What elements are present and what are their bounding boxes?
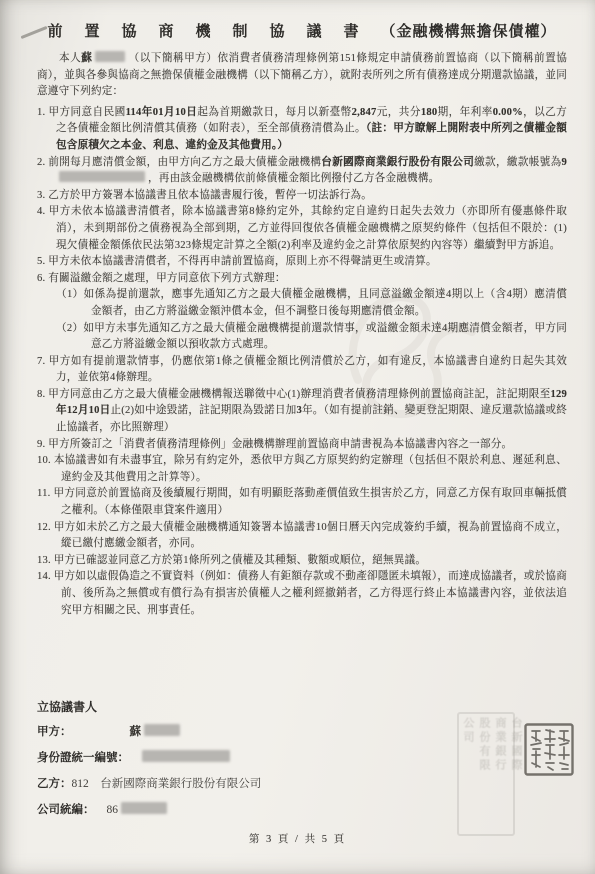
text-segment: 9 bbox=[562, 157, 568, 168]
signature-label: 身份證統一編號： bbox=[37, 752, 129, 764]
text-segment: ，再由該金融機構依前條債權金額比例撥付乙方各金融機構。 bbox=[148, 173, 439, 184]
subclause-item: （1）如係為提前還款，應事先通知乙方之最大債權金融機構，且同意溢繳金額達4期以上… bbox=[56, 287, 567, 320]
text-segment: 甲方同意由乙方之最大債權金融機構報送聯徵中心(1)辦理消費者債務清理條例前置協商… bbox=[48, 389, 550, 400]
clause-item: 11. 甲方同意於前置協商及後續履行期間，如有明顯貶落動產價值致生損害於乙方，同… bbox=[37, 486, 567, 519]
text-segment: 甲方如未於乙方之最大債權金融機構通知簽署本協議書10個日曆天內完成簽約手續，視為… bbox=[54, 522, 567, 550]
text-segment: 0.00% bbox=[493, 107, 523, 118]
text-segment: 甲方同意於前置協商及後續履行期間，如有明顯貶落動產價值致生損害於乙方，同意乙方保… bbox=[53, 488, 567, 516]
redacted-text bbox=[95, 51, 125, 62]
company-seal-column: 股份有限 bbox=[476, 717, 492, 831]
signature-block: 立協議書人 甲方：蘇身份證統一編號：乙方：812 台新國際商業銀行股份有限公司公… bbox=[37, 698, 261, 827]
clause-number: 7. bbox=[37, 356, 49, 367]
signature-value: 蘇 bbox=[130, 726, 184, 738]
clause-number: 8. bbox=[37, 389, 48, 400]
clause-item: 2. 前開每月應清償金額，由甲方向乙方之最大債權金融機構台新國際商業銀行股份有限… bbox=[37, 155, 567, 188]
clauses: 1. 甲方同意自民國114年01月10日起為首期繳款日，每月以新臺幣2,847元… bbox=[37, 105, 567, 619]
redacted-text bbox=[59, 171, 145, 182]
clause-item: 14. 甲方如以虛假偽造之不實資料（例如：債務人有鉅額存款或不動產卻隱匿未填報）… bbox=[37, 569, 567, 619]
text-segment: 甲方未依本協議書清償者，除本協議書第8條約定外，其餘約定自違約日起失去效力（亦即… bbox=[49, 206, 567, 250]
text-segment: 台新國際商業銀行股份有限公司 bbox=[321, 157, 474, 168]
text-segment: 有關溢繳金額之處理，甲方同意依下列方式辦理： bbox=[48, 273, 285, 284]
company-seal-column: 台新國際 bbox=[508, 717, 524, 831]
text-segment: 如甲方未事先通知乙方之最大債權金融機構提前還款情事，或溢繳金額未達4期應清償金額… bbox=[83, 323, 567, 351]
text-segment: 期，年利率 bbox=[437, 107, 492, 118]
clause-item: 6. 有關溢繳金額之處理，甲方同意依下列方式辦理： bbox=[37, 271, 567, 288]
clause-number: 12. bbox=[37, 522, 54, 533]
text-segment: 止(2)如中途毀諾，註記期限為毀諾日加 bbox=[110, 405, 296, 416]
text-segment: 蘇 bbox=[130, 726, 142, 738]
text-segment: 114年01月10日 bbox=[126, 107, 198, 118]
clause-number: 13. bbox=[37, 555, 54, 566]
clause-number: 5. bbox=[37, 256, 48, 267]
subclause-number: （1） bbox=[56, 289, 84, 300]
text-segment: 甲方如以虛假偽造之不實資料（例如：債務人有鉅額存款或不動產卻隱匿未填報），而達成… bbox=[54, 571, 567, 615]
clause-number: 4. bbox=[37, 206, 49, 217]
title-main: 前置協商機制協議書 bbox=[47, 24, 380, 40]
redacted-text bbox=[121, 802, 167, 814]
signature-value: 812 台新國際商業銀行股份有限公司 bbox=[72, 778, 262, 790]
signature-value: 86 bbox=[107, 804, 171, 816]
clause-item: 7. 甲方如有提前還款情事，仍應依第1條之債權金額比例清償於乙方，如有違反，本協… bbox=[37, 354, 567, 387]
company-seal-column: 商業銀行 bbox=[492, 717, 508, 831]
text-segment: 2,847 bbox=[352, 107, 377, 118]
signature-row: 甲方：蘇 bbox=[37, 723, 261, 739]
clause-number: 9. bbox=[37, 439, 48, 450]
clause-number: 2. bbox=[37, 157, 48, 168]
clause-item: 8. 甲方同意由乙方之最大債權金融機構報送聯徵中心(1)辦理消費者債務清理條例前… bbox=[37, 387, 567, 437]
signature-row: 公司統編：86 bbox=[37, 801, 261, 817]
company-seal-stamp: 台新國際商業銀行股份有限公司 bbox=[457, 712, 515, 836]
clause-item: 10. 本協議書如有未盡事宜，除另有約定外，悉依甲方與乙方原契約約定辦理（包括但… bbox=[37, 453, 567, 486]
signature-rows: 甲方：蘇身份證統一編號：乙方：812 台新國際商業銀行股份有限公司公司統編：86 bbox=[37, 723, 261, 817]
text-segment: 本協議書如有未盡事宜，除另有約定外，悉依甲方與乙方原契約約定辦理（包括但不限於利… bbox=[54, 455, 567, 483]
text-segment: 甲方未依本協議書清償者，不得再申請前置協商，原則上亦不得聲請更生或清算。 bbox=[48, 256, 437, 267]
signature-value bbox=[139, 752, 233, 764]
intro-paragraph: 本人蘇（以下簡稱甲方）依消費者債務清理條例第151條規定申請債務前置協商（以下簡… bbox=[37, 51, 567, 101]
text-segment: 乙方於甲方簽署本協議書且依本協議書履行後，暫停一切法訴行為。 bbox=[48, 190, 372, 201]
text-segment: 蘇 bbox=[81, 53, 92, 64]
document-body: 前置協商機制協議書（金融機構無擔保債權） 本人蘇（以下簡稱甲方）依消費者債務清理… bbox=[37, 14, 567, 619]
title-parenthetical: （金融機構無擔保債權） bbox=[381, 24, 557, 40]
text-segment: 甲方所簽訂之「消費者債務清理條例」金融機構辦理前置協商申請書視為本協議書內容之一… bbox=[48, 439, 512, 450]
text-segment: 180 bbox=[421, 107, 438, 118]
page-title: 前置協商機制協議書（金融機構無擔保債權） bbox=[37, 20, 567, 41]
scanned-agreement-page: 前置協商機制協議書（金融機構無擔保債權） 本人蘇（以下簡稱甲方）依消費者債務清理… bbox=[0, 0, 595, 874]
clause-item: 5. 甲方未依本協議書清償者，不得再申請前置協商，原則上亦不得聲請更生或清算。 bbox=[37, 254, 567, 271]
clause-number: 14. bbox=[37, 571, 54, 582]
clause-number: 10. bbox=[37, 455, 54, 466]
clause-number: 11. bbox=[37, 488, 53, 499]
name-seal-stamp bbox=[524, 723, 574, 776]
signature-row: 乙方：812 台新國際商業銀行股份有限公司 bbox=[37, 775, 261, 791]
clause-item: 13. 甲方已確認並同意乙方於第1條所列之債權及其種類、數額或順位，絕無異議。 bbox=[37, 553, 567, 570]
text-segment: 起為首期繳款日，每月以新臺幣 bbox=[197, 107, 351, 118]
page-number: 第 3 頁 / 共 5 頁 bbox=[0, 831, 595, 846]
signature-label: 公司統編： bbox=[37, 804, 95, 816]
signatory-heading: 立協議書人 bbox=[37, 698, 261, 715]
text-segment: 如係為提前還款，應事先通知乙方之最大債權金融機構，且同意溢繳金額達4期以上（含4… bbox=[84, 289, 567, 317]
clause-item: 12. 甲方如未於乙方之最大債權金融機構通知簽署本協議書10個日曆天內完成簽約手… bbox=[37, 520, 567, 553]
clause-item: 3. 乙方於甲方簽署本協議書且依本協議書履行後，暫停一切法訴行為。 bbox=[37, 188, 567, 205]
signature-label: 甲方： bbox=[37, 726, 72, 738]
redacted-text bbox=[144, 724, 180, 736]
clause-number: 3. bbox=[37, 190, 48, 201]
text-segment: 812 台新國際商業銀行股份有限公司 bbox=[72, 778, 262, 790]
text-segment: 甲方如有提前還款情事，仍應依第1條之債權金額比例清償於乙方，如有違反，本協議書自… bbox=[49, 356, 567, 384]
clause-item: 9. 甲方所簽訂之「消費者債務清理條例」金融機構辦理前置協商申請書視為本協議書內… bbox=[37, 437, 567, 454]
text-segment: 本人 bbox=[59, 53, 81, 64]
text-segment: 86 bbox=[107, 804, 119, 816]
redacted-text bbox=[142, 750, 230, 762]
text-segment: 前開每月應清償金額，由甲方向乙方之最大債權金融機構 bbox=[48, 157, 321, 168]
subclause-number: （2） bbox=[56, 323, 83, 334]
clause-item: 4. 甲方未依本協議書清償者，除本協議書第8條約定外，其餘約定自違約日起失去效力… bbox=[37, 204, 567, 254]
clause-number: 1. bbox=[37, 107, 48, 118]
subclause-item: （2）如甲方未事先通知乙方之最大債權金融機構提前還款情事，或溢繳金額未達4期應清… bbox=[56, 321, 567, 354]
text-segment: 元，共分 bbox=[377, 107, 421, 118]
signature-row: 身份證統一編號： bbox=[37, 749, 261, 765]
company-seal-column: 公司 bbox=[460, 717, 476, 831]
signature-label: 乙方： bbox=[37, 778, 72, 790]
clause-number: 6. bbox=[37, 273, 48, 284]
text-segment: 繳款，繳款帳號為 bbox=[474, 157, 561, 168]
text-segment: 甲方同意自民國 bbox=[48, 107, 125, 118]
text-segment: 甲方已確認並同意乙方於第1條所列之債權及其種類、數額或順位，絕無異議。 bbox=[54, 555, 426, 566]
clause-item: 1. 甲方同意自民國114年01月10日起為首期繳款日，每月以新臺幣2,847元… bbox=[37, 105, 567, 155]
